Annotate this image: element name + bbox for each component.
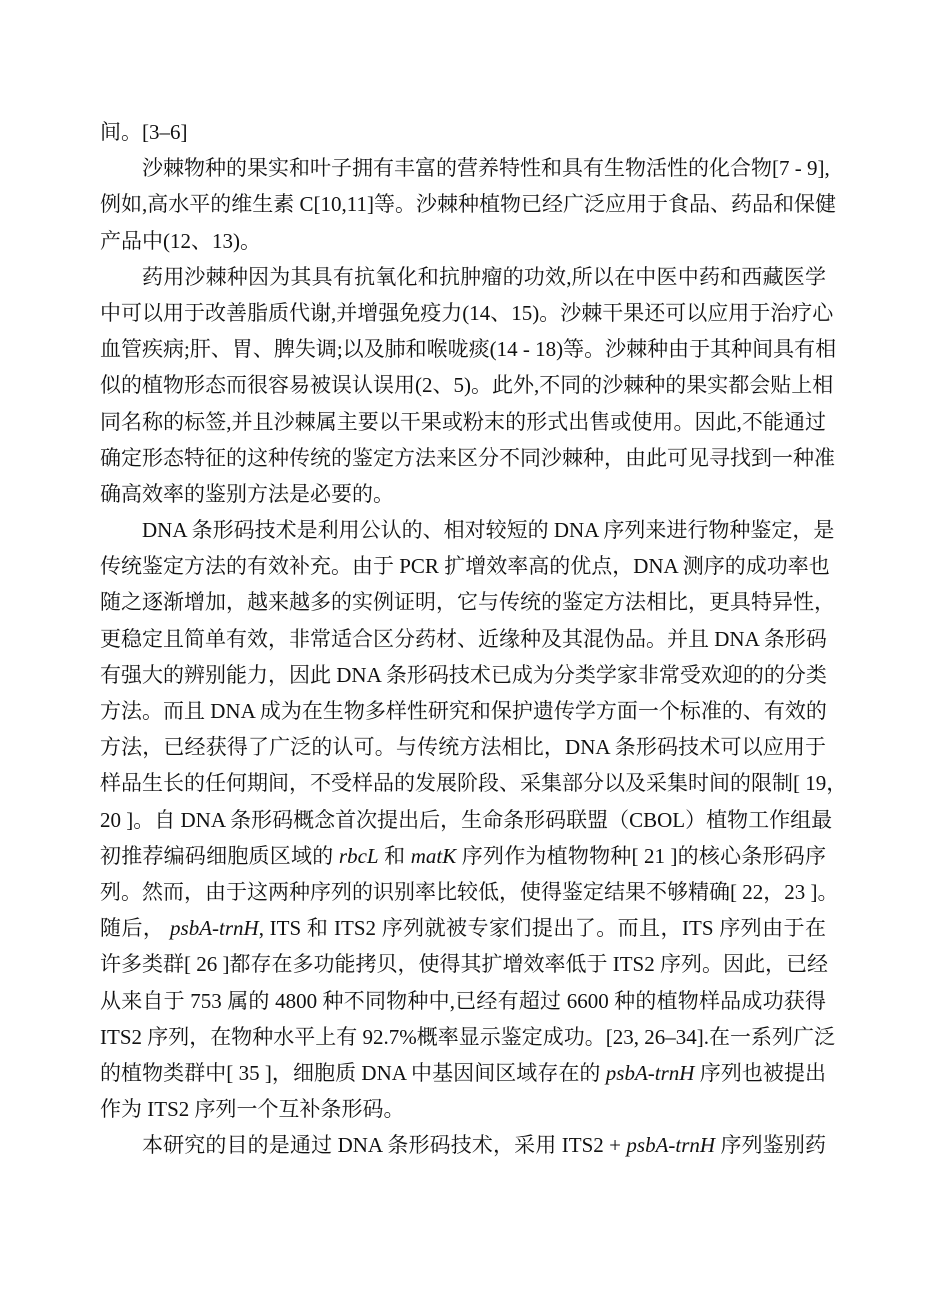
- text-run: 序列作为植物物种[ 21 ]的核心条形码序: [456, 844, 826, 868]
- text-line: 20 ]。自 DNA 条形码概念首次提出后，生命条形码联盟（CBOL）植物工作组…: [100, 802, 826, 838]
- text-line: 似的植物形态而很容易被误认误用(2、5)。此外,不同的沙棘种的果实都会贴上相: [100, 367, 826, 403]
- text-line: 确定形态特征的这种传统的鉴定方法来区分不同沙棘种，由此可见寻找到一种准: [100, 440, 826, 476]
- paragraph: 药用沙棘种因为其具有抗氧化和抗肿瘤的功效,所以在中医中药和西藏医学中可以用于改善…: [100, 259, 826, 512]
- text-line: ITS2 序列，在物种水平上有 92.7%概率显示鉴定成功。[23, 26–34…: [100, 1019, 826, 1055]
- text-run: 同名称的标签,并且沙棘属主要以干果或粉末的形式出售或使用。因此,不能通过: [100, 410, 826, 434]
- text-run: 20 ]。自 DNA 条形码概念首次提出后，生命条形码联盟（CBOL）植物工作组…: [100, 808, 832, 832]
- text-run: 沙棘物种的果实和叶子拥有丰富的营养特性和具有生物活性的化合物[7 - 9],: [142, 156, 830, 180]
- text-line: 的植物类群中[ 35 ]，细胞质 DNA 中基因间区域存在的 psbA-trnH…: [100, 1055, 826, 1091]
- text-run: 的植物类群中[ 35 ]，细胞质 DNA 中基因间区域存在的: [100, 1061, 606, 1085]
- text-line: 药用沙棘种因为其具有抗氧化和抗肿瘤的功效,所以在中医中药和西藏医学: [100, 259, 826, 295]
- italic-text-run: psbA-trnH: [170, 916, 259, 940]
- text-run: 样品生长的任何期间，不受样品的发展阶段、采集部分以及采集时间的限制[ 19，: [100, 771, 847, 795]
- text-line: 同名称的标签,并且沙棘属主要以干果或粉末的形式出售或使用。因此,不能通过: [100, 404, 826, 440]
- text-run: 间。[3–6]: [100, 120, 188, 144]
- text-line: 随后， psbA-trnH, ITS 和 ITS2 序列就被专家们提出了。而且，…: [100, 910, 826, 946]
- text-run: 从来自于 753 属的 4800 种不同物种中,已经有超过 6600 种的植物样…: [100, 989, 826, 1013]
- document-page: 间。[3–6]沙棘物种的果实和叶子拥有丰富的营养特性和具有生物活性的化合物[7 …: [0, 0, 926, 1309]
- text-run: 似的植物形态而很容易被误认误用(2、5)。此外,不同的沙棘种的果实都会贴上相: [100, 373, 833, 397]
- italic-text-run: rbcL: [339, 844, 379, 868]
- paragraph: 沙棘物种的果实和叶子拥有丰富的营养特性和具有生物活性的化合物[7 - 9],例如…: [100, 150, 826, 259]
- text-run: 传统鉴定方法的有效补充。由于 PCR 扩增效率高的优点，DNA 测序的成功率也: [100, 554, 830, 578]
- text-line: 传统鉴定方法的有效补充。由于 PCR 扩增效率高的优点，DNA 测序的成功率也: [100, 548, 826, 584]
- text-run: , ITS 和 ITS2 序列就被专家们提出了。而且，ITS 序列由于在: [259, 916, 826, 940]
- text-line: 本研究的目的是通过 DNA 条形码技术，采用 ITS2 + psbA-trnH …: [100, 1127, 826, 1163]
- text-run: DNA 条形码技术是利用公认的、相对较短的 DNA 序列来进行物种鉴定，是: [142, 518, 834, 542]
- text-line: 例如,高水平的维生素 C[10,11]等。沙棘种植物已经广泛应用于食品、药品和保…: [100, 186, 826, 222]
- text-run: 序列鉴别药: [715, 1133, 826, 1157]
- text-run: 本研究的目的是通过 DNA 条形码技术，采用 ITS2 +: [142, 1133, 626, 1157]
- text-run: 许多类群[ 26 ]都存在多功能拷贝，使得其扩增效率低于 ITS2 序列。因此，…: [100, 952, 828, 976]
- text-line: DNA 条形码技术是利用公认的、相对较短的 DNA 序列来进行物种鉴定，是: [100, 512, 826, 548]
- paragraph: 间。[3–6]: [100, 114, 826, 150]
- text-run: 确定形态特征的这种传统的鉴定方法来区分不同沙棘种，由此可见寻找到一种准: [100, 446, 835, 470]
- text-line: 确高效率的鉴别方法是必要的。: [100, 476, 826, 512]
- text-line: 样品生长的任何期间，不受样品的发展阶段、采集部分以及采集时间的限制[ 19，: [100, 765, 826, 801]
- text-run: 随之逐渐增加，越来越多的实例证明，它与传统的鉴定方法相比，更具特异性，: [100, 590, 835, 614]
- text-run: 中可以用于改善脂质代谢,并增强免疫力(14、15)。沙棘干果还可以应用于治疗心: [100, 301, 833, 325]
- document-body: 间。[3–6]沙棘物种的果实和叶子拥有丰富的营养特性和具有生物活性的化合物[7 …: [100, 114, 826, 1163]
- text-line: 方法，已经获得了广泛的认可。与传统方法相比，DNA 条形码技术可以应用于: [100, 729, 826, 765]
- text-line: 列。然而，由于这两种序列的识别率比较低，使得鉴定结果不够精确[ 22，23 ]。: [100, 874, 826, 910]
- italic-text-run: psbA-trnH: [606, 1061, 695, 1085]
- text-line: 作为 ITS2 序列一个互补条形码。: [100, 1091, 826, 1127]
- text-line: 中可以用于改善脂质代谢,并增强免疫力(14、15)。沙棘干果还可以应用于治疗心: [100, 295, 826, 331]
- italic-text-run: psbA-trnH: [626, 1133, 715, 1157]
- text-run: 有强大的辨别能力，因此 DNA 条形码技术已成为分类学家非常受欢迎的的分类: [100, 663, 827, 687]
- text-line: 产品中(12、13)。: [100, 223, 826, 259]
- text-run: 初推荐编码细胞质区域的: [100, 844, 339, 868]
- text-run: 作为 ITS2 序列一个互补条形码。: [100, 1097, 405, 1121]
- paragraph: DNA 条形码技术是利用公认的、相对较短的 DNA 序列来进行物种鉴定，是传统鉴…: [100, 512, 826, 1127]
- paragraph: 本研究的目的是通过 DNA 条形码技术，采用 ITS2 + psbA-trnH …: [100, 1127, 826, 1163]
- text-line: 许多类群[ 26 ]都存在多功能拷贝，使得其扩增效率低于 ITS2 序列。因此，…: [100, 946, 826, 982]
- text-line: 从来自于 753 属的 4800 种不同物种中,已经有超过 6600 种的植物样…: [100, 983, 826, 1019]
- text-run: 药用沙棘种因为其具有抗氧化和抗肿瘤的功效,所以在中医中药和西藏医学: [142, 265, 826, 289]
- text-run: 确高效率的鉴别方法是必要的。: [100, 482, 394, 506]
- text-run: 例如,高水平的维生素 C[10,11]等。沙棘种植物已经广泛应用于食品、药品和保…: [100, 192, 836, 216]
- text-run: 方法，已经获得了广泛的认可。与传统方法相比，DNA 条形码技术可以应用于: [100, 735, 826, 759]
- text-line: 方法。而且 DNA 成为在生物多样性研究和保护遗传学方面一个标准的、有效的: [100, 693, 826, 729]
- text-line: 间。[3–6]: [100, 114, 826, 150]
- text-run: 更稳定且简单有效，非常适合区分药材、近缘种及其混伪品。并且 DNA 条形码: [100, 627, 827, 651]
- text-line: 初推荐编码细胞质区域的 rbcL 和 matK 序列作为植物物种[ 21 ]的核…: [100, 838, 826, 874]
- text-run: 序列也被提出: [694, 1061, 826, 1085]
- text-run: 血管疾病;肝、胃、脾失调;以及肺和喉咙痰(14 - 18)等。沙棘种由于其种间具…: [100, 337, 836, 361]
- text-run: 和: [379, 844, 411, 868]
- italic-text-run: matK: [411, 844, 457, 868]
- text-line: 随之逐渐增加，越来越多的实例证明，它与传统的鉴定方法相比，更具特异性，: [100, 584, 826, 620]
- text-run: 随后，: [100, 916, 170, 940]
- text-run: 列。然而，由于这两种序列的识别率比较低，使得鉴定结果不够精确[ 22，23 ]。: [100, 880, 838, 904]
- text-line: 沙棘物种的果实和叶子拥有丰富的营养特性和具有生物活性的化合物[7 - 9],: [100, 150, 826, 186]
- text-run: 产品中(12、13)。: [100, 229, 261, 253]
- text-run: ITS2 序列，在物种水平上有 92.7%概率显示鉴定成功。[23, 26–34…: [100, 1025, 835, 1049]
- text-line: 有强大的辨别能力，因此 DNA 条形码技术已成为分类学家非常受欢迎的的分类: [100, 657, 826, 693]
- text-run: 方法。而且 DNA 成为在生物多样性研究和保护遗传学方面一个标准的、有效的: [100, 699, 827, 723]
- text-line: 血管疾病;肝、胃、脾失调;以及肺和喉咙痰(14 - 18)等。沙棘种由于其种间具…: [100, 331, 826, 367]
- text-line: 更稳定且简单有效，非常适合区分药材、近缘种及其混伪品。并且 DNA 条形码: [100, 621, 826, 657]
